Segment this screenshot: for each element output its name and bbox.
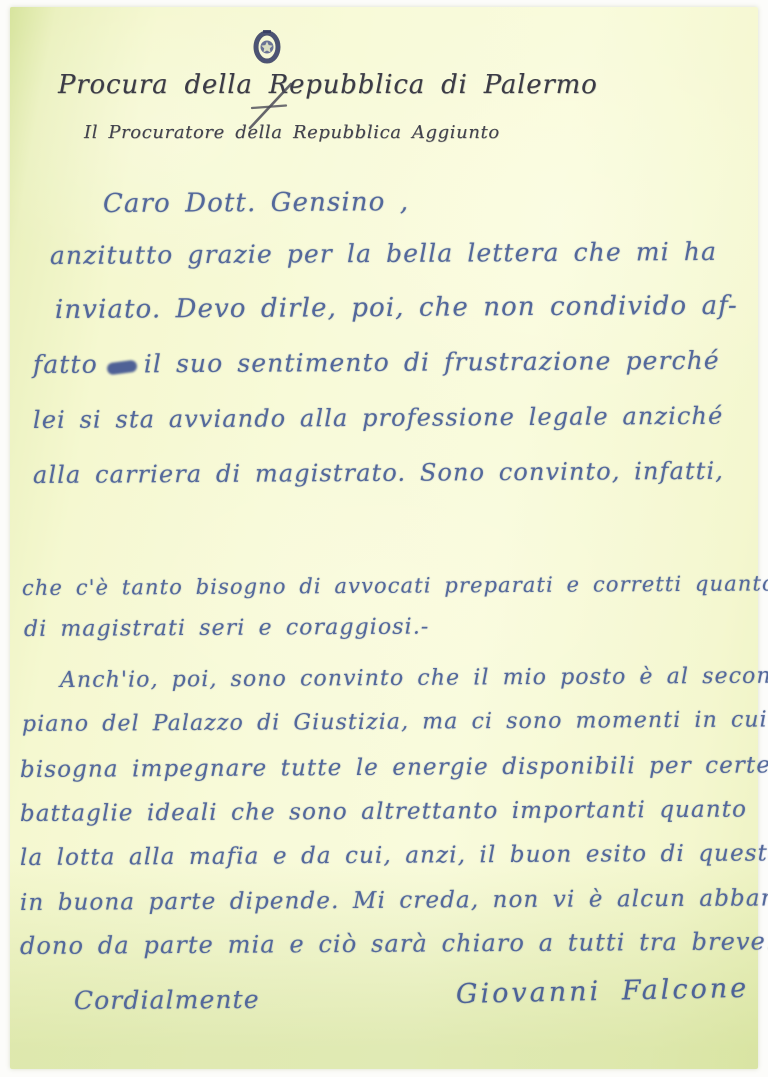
letter-line: Anch'io, poi, sono convinto che il mio p…: [60, 663, 768, 693]
letter-line: inviato. Devo dirle, poi, che non condiv…: [55, 291, 738, 325]
letter-line: dono da parte mia e ciò sarà chiaro a tu…: [20, 927, 768, 960]
letter-line: che c'è tanto bisogno di avvocati prepar…: [22, 571, 768, 600]
letterhead-title: Procura della Repubblica di Palermo: [58, 70, 598, 100]
letter-line: di magistrati seri e coraggiosi.-: [24, 615, 430, 642]
letter-line: bisogna impegnare tutte le energie dispo…: [20, 752, 768, 783]
ink-scribble-icon: [106, 360, 137, 376]
letter-line: la lotta alla mafia e da cui, anzi, il b…: [20, 840, 768, 871]
letter-line-fragment: fatto: [33, 350, 98, 379]
letterhead-subtitle: Il Procuratore della Repubblica Aggiunto: [84, 122, 500, 143]
letter-line: alla carriera di magistrato. Sono convin…: [33, 457, 724, 489]
letter-line: battaglie ideali che sono altrettanto im…: [20, 797, 747, 827]
closing-line: Cordialmente: [74, 985, 260, 1015]
letter-line: piano del Palazzo di Giustizia, ma ci so…: [22, 707, 768, 737]
letter-line: in buona parte dipende. Mi creda, non vi…: [20, 885, 768, 916]
letter-line: anzitutto grazie per la bella lettera ch…: [50, 237, 717, 270]
signature: Giovanni Falcone: [456, 973, 750, 1010]
salutation-line: Caro Dott. Gensino ,: [103, 187, 409, 219]
letter-line: lei si sta avviando alla professione leg…: [33, 402, 724, 434]
letter-line: fattoil suo sentimento di frustrazione p…: [33, 346, 720, 379]
letter-line-fragment: il suo sentimento di frustrazione perché: [144, 346, 720, 379]
scanned-letter-page: Procura della Repubblica di Palermo Il P…: [0, 0, 768, 1077]
